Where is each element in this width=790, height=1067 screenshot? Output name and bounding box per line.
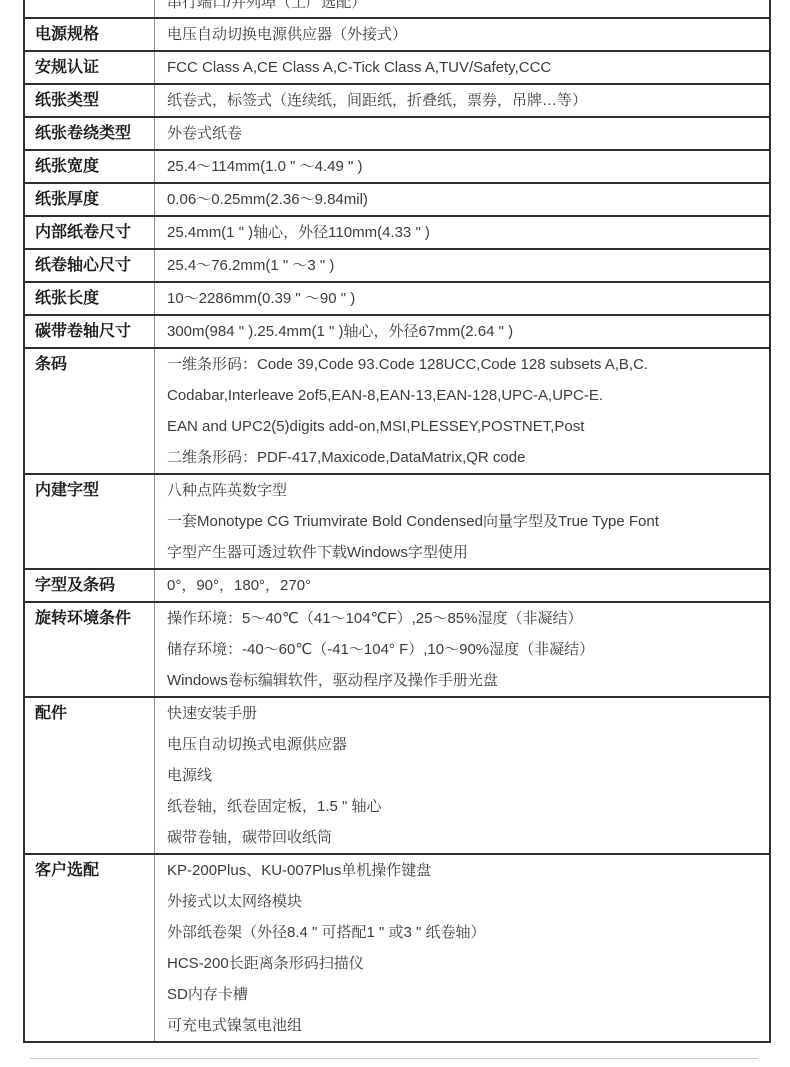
spec-table: 串行端口/并列埠（工厂选配）电源规格电压自动切换电源供应器（外接式）安规认证FC… (23, 0, 771, 1043)
row-label: 条码 (25, 349, 155, 473)
row-value: 外卷式纸卷 (155, 118, 769, 149)
row-label: 内建字型 (25, 475, 155, 568)
row-label: 碳带卷轴尺寸 (25, 316, 155, 347)
row-value: 25.4～76.2mm(1 " ～3 " ) (155, 250, 769, 281)
value-line: 一维条形码：Code 39,Code 93.Code 128UCC,Code 1… (167, 349, 763, 380)
row-label: 字型及条码 (25, 570, 155, 601)
table-row: 纸张厚度0.06～0.25mm(2.36～9.84mil) (25, 182, 769, 215)
value-line: KP-200Plus、KU-007Plus单机操作键盘 (167, 855, 763, 886)
row-value: KP-200Plus、KU-007Plus单机操作键盘外接式以太网络模块外部纸卷… (155, 855, 769, 1041)
value-line: 电压自动切换式电源供应器 (167, 729, 763, 760)
value-line: 25.4mm(1 " )轴心，外径110mm(4.33 " ) (167, 217, 763, 248)
row-label: 纸卷轴心尺寸 (25, 250, 155, 281)
table-row: 客户选配KP-200Plus、KU-007Plus单机操作键盘外接式以太网络模块… (25, 853, 769, 1041)
row-label: 纸张宽度 (25, 151, 155, 182)
row-value: 串行端口/并列埠（工厂选配） (155, 0, 769, 17)
table-row: 字型及条码0°，90°，180°，270° (25, 568, 769, 601)
value-line: 快速安装手册 (167, 698, 763, 729)
row-label: 电源规格 (25, 19, 155, 50)
value-line: 300m(984 " ).25.4mm(1 " )轴心，外径67mm(2.64 … (167, 316, 763, 347)
value-line: 储存环境：-40～60℃（-41～104° F）,10～90%湿度（非凝结） (167, 634, 763, 665)
row-value: 10～2286mm(0.39 " ～90 " ) (155, 283, 769, 314)
row-label: 内部纸卷尺寸 (25, 217, 155, 248)
row-label: 客户选配 (25, 855, 155, 1041)
value-line: 外部纸卷架（外径8.4 " 可搭配1 " 或3 " 纸卷轴） (167, 917, 763, 948)
table-row: 碳带卷轴尺寸300m(984 " ).25.4mm(1 " )轴心，外径67mm… (25, 314, 769, 347)
row-value: 八种点阵英数字型一套Monotype CG Triumvirate Bold C… (155, 475, 769, 568)
value-line: EAN and UPC2(5)digits add-on,MSI,PLESSEY… (167, 411, 763, 442)
table-row: 纸卷轴心尺寸25.4～76.2mm(1 " ～3 " ) (25, 248, 769, 281)
value-line: 可充电式镍氢电池组 (167, 1010, 763, 1041)
table-row: 配件快速安装手册电压自动切换式电源供应器电源线纸卷轴，纸卷固定板，1.5 " 轴… (25, 696, 769, 853)
row-value: 快速安装手册电压自动切换式电源供应器电源线纸卷轴，纸卷固定板，1.5 " 轴心碳… (155, 698, 769, 853)
value-line: 操作环境：5～40℃（41～104℃F）,25～85%湿度（非凝结） (167, 603, 763, 634)
row-label: 安规认证 (25, 52, 155, 83)
value-line: Windows卷标编辑软件，驱动程序及操作手册光盘 (167, 665, 763, 696)
table-row: 电源规格电压自动切换电源供应器（外接式） (25, 17, 769, 50)
value-line: SD内存卡槽 (167, 979, 763, 1010)
value-line: 0°，90°，180°，270° (167, 570, 763, 601)
value-line: Codabar,Interleave 2of5,EAN-8,EAN-13,EAN… (167, 380, 763, 411)
row-label: 配件 (25, 698, 155, 853)
value-line: 25.4～76.2mm(1 " ～3 " ) (167, 250, 763, 281)
value-line: 外卷式纸卷 (167, 118, 763, 149)
row-value: 电压自动切换电源供应器（外接式） (155, 19, 769, 50)
table-row: 内部纸卷尺寸25.4mm(1 " )轴心，外径110mm(4.33 " ) (25, 215, 769, 248)
row-label: 纸张卷绕类型 (25, 118, 155, 149)
table-row: 纸张宽度25.4～114mm(1.0 " ～4.49 " ) (25, 149, 769, 182)
value-line: 字型产生器可透过软件下载Windows字型使用 (167, 537, 763, 568)
value-line: 碳带卷轴，碳带回收纸筒 (167, 822, 763, 853)
row-label: 纸张厚度 (25, 184, 155, 215)
table-row: 内建字型八种点阵英数字型一套Monotype CG Triumvirate Bo… (25, 473, 769, 568)
value-line: 0.06～0.25mm(2.36～9.84mil) (167, 184, 763, 215)
page-bottom-divider (30, 1058, 758, 1059)
value-line: 外接式以太网络模块 (167, 886, 763, 917)
value-line: 一套Monotype CG Triumvirate Bold Condensed… (167, 506, 763, 537)
row-value: 0°，90°，180°，270° (155, 570, 769, 601)
row-value: 一维条形码：Code 39,Code 93.Code 128UCC,Code 1… (155, 349, 769, 473)
spec-page: 串行端口/并列埠（工厂选配）电源规格电压自动切换电源供应器（外接式）安规认证FC… (0, 0, 790, 1067)
value-line: HCS-200长距离条形码扫描仪 (167, 948, 763, 979)
row-label: 旋转环境条件 (25, 603, 155, 696)
value-line: 串行端口/并列埠（工厂选配） (167, 0, 763, 17)
value-line: 10～2286mm(0.39 " ～90 " ) (167, 283, 763, 314)
table-row: 旋转环境条件操作环境：5～40℃（41～104℃F）,25～85%湿度（非凝结）… (25, 601, 769, 696)
row-value: 0.06～0.25mm(2.36～9.84mil) (155, 184, 769, 215)
table-row: 安规认证FCC Class A,CE Class A,C-Tick Class … (25, 50, 769, 83)
row-value: 纸卷式，标签式（连续纸，间距纸，折叠纸，票券，吊牌…等） (155, 85, 769, 116)
table-row: 纸张长度10～2286mm(0.39 " ～90 " ) (25, 281, 769, 314)
row-label: 纸张类型 (25, 85, 155, 116)
table-row: 纸张类型纸卷式，标签式（连续纸，间距纸，折叠纸，票券，吊牌…等） (25, 83, 769, 116)
value-line: FCC Class A,CE Class A,C-Tick Class A,TU… (167, 52, 763, 83)
table-row: 纸张卷绕类型外卷式纸卷 (25, 116, 769, 149)
table-row: 串行端口/并列埠（工厂选配） (25, 0, 769, 17)
row-value: 300m(984 " ).25.4mm(1 " )轴心，外径67mm(2.64 … (155, 316, 769, 347)
row-value: 操作环境：5～40℃（41～104℃F）,25～85%湿度（非凝结）储存环境：-… (155, 603, 769, 696)
value-line: 电源线 (167, 760, 763, 791)
row-value: 25.4mm(1 " )轴心，外径110mm(4.33 " ) (155, 217, 769, 248)
value-line: 纸卷轴，纸卷固定板，1.5 " 轴心 (167, 791, 763, 822)
row-value: FCC Class A,CE Class A,C-Tick Class A,TU… (155, 52, 769, 83)
value-line: 八种点阵英数字型 (167, 475, 763, 506)
table-row: 条码一维条形码：Code 39,Code 93.Code 128UCC,Code… (25, 347, 769, 473)
value-line: 二维条形码：PDF-417,Maxicode,DataMatrix,QR cod… (167, 442, 763, 473)
value-line: 纸卷式，标签式（连续纸，间距纸，折叠纸，票券，吊牌…等） (167, 85, 763, 116)
row-label: 纸张长度 (25, 283, 155, 314)
row-label (25, 0, 155, 17)
value-line: 电压自动切换电源供应器（外接式） (167, 19, 763, 50)
row-value: 25.4～114mm(1.0 " ～4.49 " ) (155, 151, 769, 182)
value-line: 25.4～114mm(1.0 " ～4.49 " ) (167, 151, 763, 182)
